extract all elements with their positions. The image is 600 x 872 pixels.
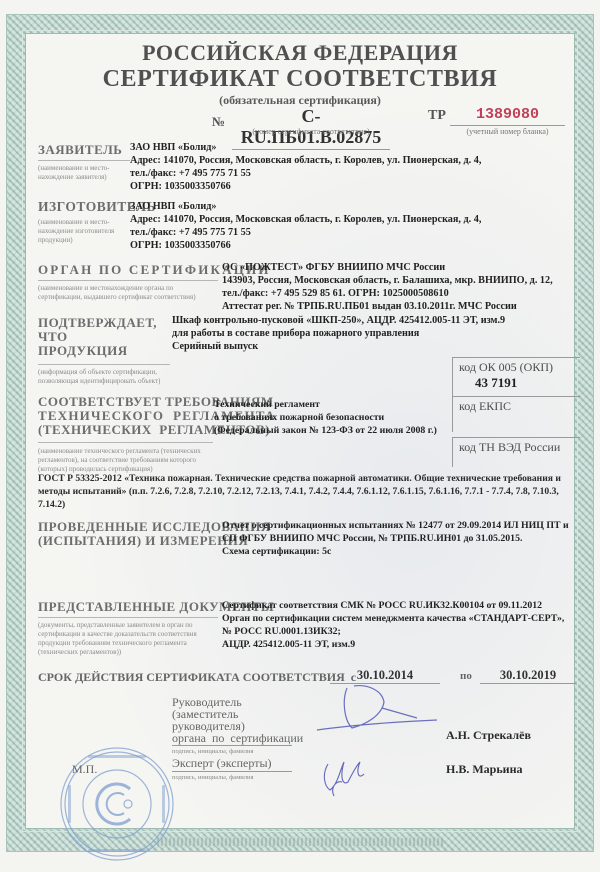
- certification-body-note: (наименование и местонахождение органа п…: [38, 284, 218, 302]
- document-title: СЕРТИФИКАТ СООТВЕТСТВИЯ: [0, 66, 600, 93]
- certificate-number-caption: (номер сертификата соответствия): [232, 127, 390, 136]
- certification-body-accreditation: Аттестат рег. № ТРПБ.RU.ПБ01 выдан 03.10…: [222, 300, 553, 313]
- applicant-phone: тел./факс: +7 495 775 71 55: [130, 167, 481, 180]
- documents-label-block: ПРЕДСТАВЛЕННЫЕ ДОКУМЕНТЫ (документы, пре…: [38, 600, 218, 657]
- regulation-title-line3: (ТЕХНИЧЕСКИХ РЕГЛАМЕНТОВ): [38, 423, 213, 443]
- documents-note: (документы, представленные заявителем в …: [38, 621, 218, 657]
- ekps-code-box: код ЕКПС: [452, 396, 580, 432]
- product-title-line2: ПРОДУКЦИЯ: [38, 344, 170, 365]
- manufacturer-address: Адрес: 141070, Россия, Московская област…: [130, 213, 481, 226]
- head-caption: подпись, инициалы, фамилия: [172, 748, 292, 755]
- regulation-name: Технический регламент: [214, 398, 437, 411]
- product-purpose: для работы в составе прибора пожарного у…: [172, 327, 505, 340]
- validity-label: СРОК ДЕЙСТВИЯ СЕРТИФИКАТА СООТВЕТСТВИЯ с: [38, 670, 356, 685]
- ekps-code-label: код ЕКПС: [459, 399, 580, 414]
- applicant-ogrn: ОГРН: 1035003350766: [130, 180, 481, 193]
- expert-label: Эксперт (эксперты): [172, 757, 292, 772]
- product-note: (информация об объекте сертификации, поз…: [38, 368, 170, 386]
- regulation-title-line2: ТЕХНИЧЕСКОГО РЕГЛАМЕНТА: [38, 409, 213, 423]
- expert-caption: подпись, инициалы, фамилия: [172, 774, 292, 781]
- manufacturer-label-block: ИЗГОТОВИТЕЛЬ (наименование и место-нахож…: [38, 200, 130, 245]
- tests-title-line1: ПРОВЕДЕННЫЕ ИССЛЕДОВАНИЯ: [38, 520, 218, 534]
- head-label-line2: (заместитель руководителя): [172, 708, 292, 732]
- validity-to: 30.10.2019: [480, 668, 576, 684]
- tnved-code-box: код ТН ВЭД России: [452, 437, 580, 467]
- blank-number-caption: (учетный номер бланка): [450, 127, 565, 136]
- certification-body-title: ОРГАН ПО СЕРТИФИКАЦИИ: [38, 263, 218, 281]
- tests-label-block: ПРОВЕДЕННЫЕ ИССЛЕДОВАНИЯ (ИСПЫТАНИЯ) И И…: [38, 520, 218, 548]
- document-smk-body: Орган по сертификации систем менеджмента…: [222, 612, 564, 625]
- okp-code-value: 43 7191: [459, 375, 580, 391]
- document-smk-certificate: Сертификат соответствия СМК № РОСС RU.ИК…: [222, 599, 564, 612]
- applicant-name: ЗАО НВП «Болид»: [130, 141, 481, 154]
- expert-signature-label-block: Эксперт (эксперты) подпись, инициалы, фа…: [172, 757, 292, 781]
- manufacturer-details: ЗАО НВП «Болид» Адрес: 141070, Россия, М…: [130, 200, 481, 252]
- product-details: Шкаф контрольно-пусковой «ШКП-250», АЦДР…: [172, 314, 505, 353]
- regulation-details: Технический регламент о требованиях пожа…: [214, 398, 437, 437]
- expert-name: Н.В. Марьина: [446, 762, 523, 777]
- document-spec: АЦДР. 425412.005-11 ЭТ, изм.9: [222, 638, 564, 651]
- regulation-subject: о требованиях пожарной безопасности: [214, 411, 437, 424]
- stamp-place-label: М.П.: [72, 762, 97, 777]
- manufacturer-ogrn: ОГРН: 1035003350766: [130, 239, 481, 252]
- applicant-title: ЗАЯВИТЕЛЬ: [38, 143, 130, 161]
- head-label-line3: органа по сертификации: [172, 732, 292, 746]
- product-name: Шкаф контрольно-пусковой «ШКП-250», АЦДР…: [172, 314, 505, 327]
- applicant-note: (наименование и место-нахождение заявите…: [38, 164, 130, 182]
- test-report: Отчет о сертификационных испытаниях № 12…: [222, 519, 569, 532]
- tr-label: ТР: [428, 108, 446, 124]
- tnved-code-label: код ТН ВЭД России: [459, 440, 580, 455]
- regulation-law: (Федеральный закон № 123-ФЗ от 22 июля 2…: [214, 424, 437, 437]
- certification-body-label-block: ОРГАН ПО СЕРТИФИКАЦИИ (наименование и ме…: [38, 263, 218, 302]
- expert-signature-icon: [320, 752, 372, 802]
- test-lab: СП ФГБУ ВНИИПО МЧС России, № ТРПБ.RU.ИН0…: [222, 532, 569, 545]
- head-signature-icon: [312, 680, 442, 740]
- regulation-note: (наименование технического регламента (т…: [38, 447, 213, 474]
- validity-to-label: по: [460, 670, 472, 682]
- applicant-details: ЗАО НВП «Болид» Адрес: 141070, Россия, М…: [130, 141, 481, 193]
- tests-title-line2: (ИСПЫТАНИЯ) И ИЗМЕРЕНИЯ: [38, 534, 218, 548]
- okp-code-label: код ОК 005 (ОКП): [459, 360, 580, 375]
- documents-details: Сертификат соответствия СМК № РОСС RU.ИК…: [222, 599, 564, 651]
- product-label-block: ПОДТВЕРЖДАЕТ, ЧТО ПРОДУКЦИЯ (информация …: [38, 316, 170, 386]
- head-signature-label-block: Руководитель (заместитель руководителя) …: [172, 696, 292, 755]
- certification-body-phone: тел./факс: +7 495 529 85 61. ОГРН: 10250…: [222, 287, 553, 300]
- product-production-type: Серийный выпуск: [172, 340, 505, 353]
- applicant-label-block: ЗАЯВИТЕЛЬ (наименование и место-нахожден…: [38, 143, 130, 182]
- manufacturer-name: ЗАО НВП «Болид»: [130, 200, 481, 213]
- number-label: №: [212, 114, 225, 130]
- applicant-address: Адрес: 141070, Россия, Московская област…: [130, 154, 481, 167]
- head-name: А.Н. Стрекалёв: [446, 728, 531, 743]
- tests-details: Отчет о сертификационных испытаниях № 12…: [222, 519, 569, 558]
- product-title-line1: ПОДТВЕРЖДАЕТ, ЧТО: [38, 316, 170, 344]
- document-smk-registration: № РОСС RU.0001.13ИК32;: [222, 625, 564, 638]
- documents-title: ПРЕДСТАВЛЕННЫЕ ДОКУМЕНТЫ: [38, 600, 218, 618]
- country-heading: РОССИЙСКАЯ ФЕДЕРАЦИЯ: [0, 40, 600, 66]
- manufacturer-title: ИЗГОТОВИТЕЛЬ: [38, 200, 130, 214]
- certification-body-address: 143903, Россия, Московская область, г. Б…: [222, 274, 553, 287]
- regulation-title-line1: СООТВЕТСТВУЕТ ТРЕБОВАНИЯМ: [38, 395, 213, 409]
- microtext-strip: [157, 838, 443, 846]
- manufacturer-note: (наименование и место-нахождение изготов…: [38, 218, 130, 245]
- blank-number: 1389080: [450, 106, 565, 126]
- gost-standard: ГОСТ Р 53325-2012 «Техника пожарная. Тех…: [38, 472, 578, 511]
- manufacturer-phone: тел./факс: +7 495 775 71 55: [130, 226, 481, 239]
- regulation-label-block: СООТВЕТСТВУЕТ ТРЕБОВАНИЯМ ТЕХНИЧЕСКОГО Р…: [38, 395, 213, 474]
- certification-body-name: ОС «ПОЖТЕСТ» ФГБУ ВНИИПО МЧС России: [222, 261, 553, 274]
- certification-scheme: Схема сертификации: 5с: [222, 545, 569, 558]
- certification-body-details: ОС «ПОЖТЕСТ» ФГБУ ВНИИПО МЧС России 1439…: [222, 261, 553, 313]
